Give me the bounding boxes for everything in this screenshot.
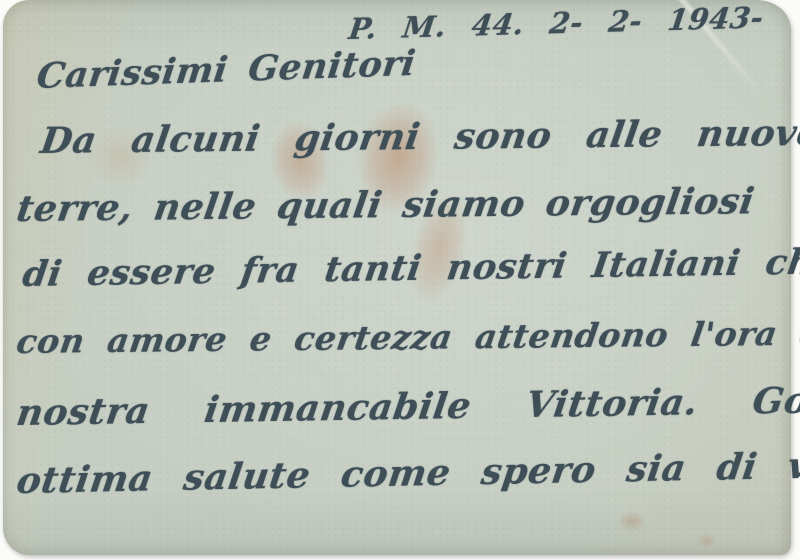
postcard: P. M. 44. 2- 2- 1943- Carissimi Genitori… [3,0,791,555]
salutation: Carissimi Genitori [34,43,418,97]
stain-freckle-2 [693,532,719,550]
date-line: P. M. 44. 2- 2- 1943- [347,0,766,46]
stain-freckle-1 [615,508,649,534]
letter-line-3: di essere fra tanti nostri Italiani che [20,241,800,295]
letter-line-6: ottima salute come spero sia di voi [14,444,800,502]
letter-line-4: con amore e certezza attendono l'ora del… [14,313,800,361]
letter-line-5: nostra immancabile Vittoria. Godo [14,379,800,434]
letter-line-2: terre, nelle quali siamo orgogliosi [14,180,757,230]
letter-line-1: Da alcuni giorni sono alle nuove [38,112,800,162]
